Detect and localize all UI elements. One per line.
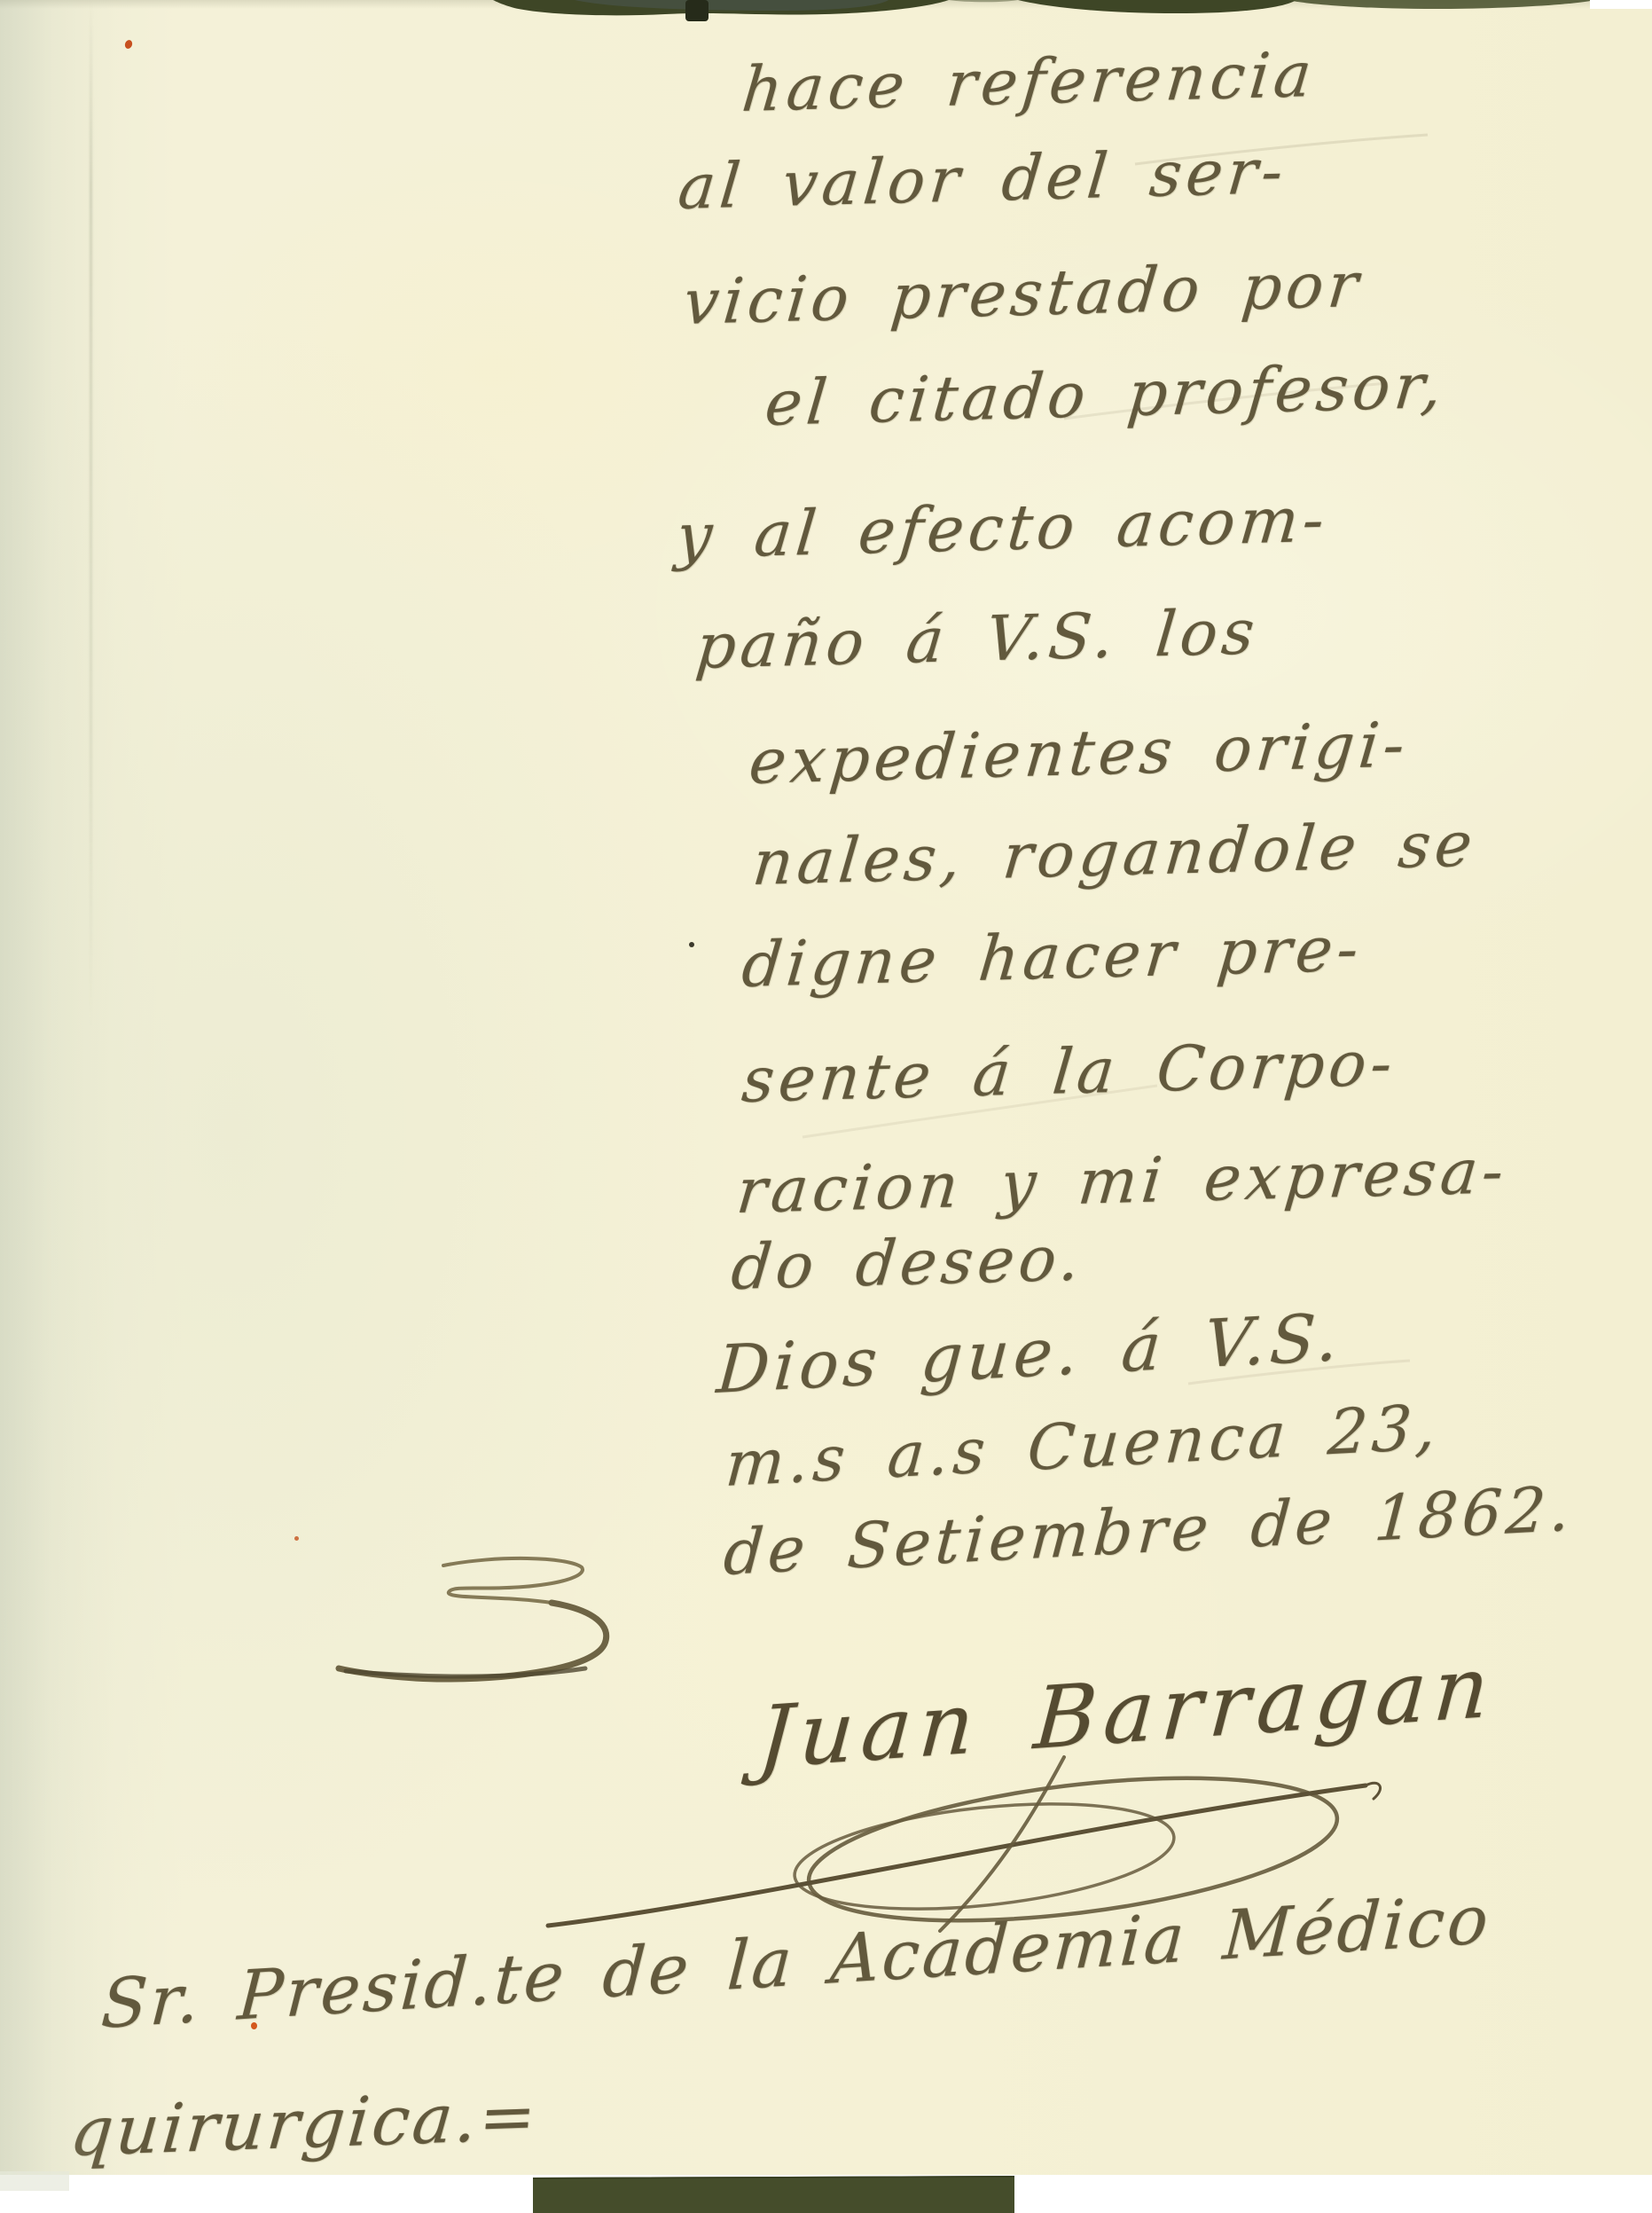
manuscript-line: al valor del ser- <box>676 140 1290 218</box>
red-speck <box>251 2022 257 2029</box>
manuscript-line: el citado profesor, <box>763 355 1449 435</box>
manuscript-line: paño á V.S. los <box>693 600 1262 678</box>
fold-crease <box>90 0 92 1029</box>
manuscript-line: vicio prestado por <box>681 254 1366 334</box>
manuscript-line: racion y mi expresa- <box>734 1140 1510 1222</box>
addressee-line: quirurgica.= <box>67 2082 542 2166</box>
scan-edge-bottom <box>533 2176 1014 2213</box>
manuscript-line: digne hacer pre- <box>740 917 1366 996</box>
manuscript-line: hace referencia <box>740 43 1319 121</box>
letter-paper: hace referencia al valor del ser- vicio … <box>0 0 1652 2175</box>
scan-edge-top <box>0 0 1652 32</box>
scanned-letter-page: hace referencia al valor del ser- vicio … <box>0 0 1652 2213</box>
manuscript-line: nales, rogandole se <box>750 812 1479 894</box>
red-speck <box>294 1536 299 1541</box>
scanner-white-corner <box>1590 0 1652 9</box>
manuscript-line: do deseo. <box>729 1227 1087 1299</box>
paper-corner-tab <box>0 2171 69 2191</box>
pen-flourish <box>319 1539 638 1699</box>
ink-speck <box>689 942 694 947</box>
manuscript-line: y al efecto acom- <box>674 489 1331 568</box>
manuscript-line: expedientes origi- <box>747 713 1412 793</box>
manuscript-line: sente á la Corpo- <box>740 1032 1399 1111</box>
